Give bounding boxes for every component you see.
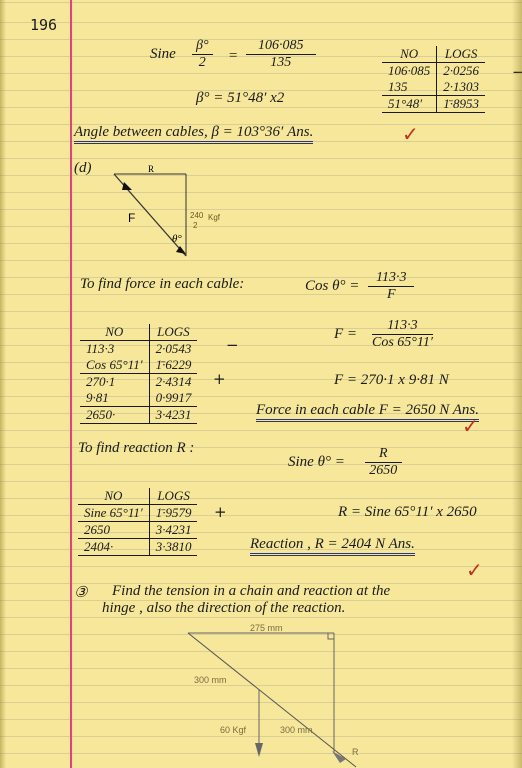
r-equation: R = Sine 65°11′ x 2650: [338, 504, 477, 521]
question-line-1: Find the tension in a chain and reaction…: [112, 583, 390, 600]
operator-plus: +: [213, 370, 226, 388]
f-lhs: F =: [334, 326, 357, 343]
svg-text:2: 2: [193, 221, 198, 230]
check-mark: ✓: [462, 414, 479, 438]
log-table-beta: NOLOGS 106·0852·0256 1352·1303 51°48′1̄·…: [382, 46, 485, 113]
log-table-force: NOLOGS 113·32·0543 Cos 65°11′1̄·6229 270…: [80, 324, 197, 424]
beta-over-2: β° 2: [192, 38, 213, 71]
answer-force: Force in each cable F = 2650 N Ans.: [256, 402, 479, 422]
sine-lhs: Sine θ° =: [288, 454, 345, 471]
beta-equation: β° = 51°48′ x2: [196, 90, 284, 107]
heading-reaction: To find reaction R :: [78, 440, 194, 457]
notebook-page: 196 Sine β° 2 = 106·085 135 β° = 51°48′ …: [0, 0, 522, 768]
part-label: (d): [74, 160, 92, 177]
hinge-chain-diagram: 275 mm 300 mm 60 Kgf 300 mm R: [180, 625, 380, 768]
svg-text:300 mm: 300 mm: [194, 675, 227, 685]
f-equation: F = 270·1 x 9·81 N: [334, 372, 449, 389]
svg-text:300 mm: 300 mm: [280, 725, 313, 735]
svg-text:θ°: θ°: [172, 233, 182, 245]
svg-text:F: F: [128, 211, 135, 225]
force-triangle-diagram: R F θ° 240 2 Kgf: [110, 168, 220, 258]
heading-force: To find force in each cable:: [80, 276, 244, 293]
equals-sign: =: [228, 48, 238, 65]
log-table-reaction: NOLOGS Sine 65°11′1̄·9579 26503·4231 240…: [78, 488, 197, 556]
page-number: 196: [30, 16, 57, 34]
svg-text:275 mm: 275 mm: [250, 623, 283, 633]
svg-text:240: 240: [190, 211, 204, 220]
answer-beta: Angle between cables, β = 103°36′ Ans.: [74, 124, 313, 144]
check-mark: ✓: [402, 122, 419, 146]
svg-text:R: R: [148, 164, 154, 174]
sine-ratio: 106·085 135: [246, 38, 316, 71]
sine-fraction: R 2650: [365, 446, 402, 479]
svg-text:R: R: [352, 747, 359, 757]
margin-line: [70, 0, 72, 768]
operator-plus: +: [214, 503, 227, 521]
cos-lhs: Cos θ° =: [305, 278, 359, 295]
operator-minus: −: [512, 63, 522, 81]
f-fraction: 113·3 Cos 65°11′: [372, 318, 433, 351]
answer-reaction: Reaction , R = 2404 N Ans.: [250, 536, 415, 556]
sine-prefix: Sine: [150, 46, 176, 63]
svg-text:Kgf: Kgf: [208, 213, 221, 222]
operator-minus: −: [226, 336, 239, 354]
question-line-2: hinge , also the direction of the reacti…: [102, 600, 345, 617]
question-number: ③: [74, 583, 87, 602]
check-mark: ✓: [466, 558, 483, 582]
cos-fraction: 113·3 F: [368, 270, 414, 303]
svg-text:60 Kgf: 60 Kgf: [220, 725, 247, 735]
